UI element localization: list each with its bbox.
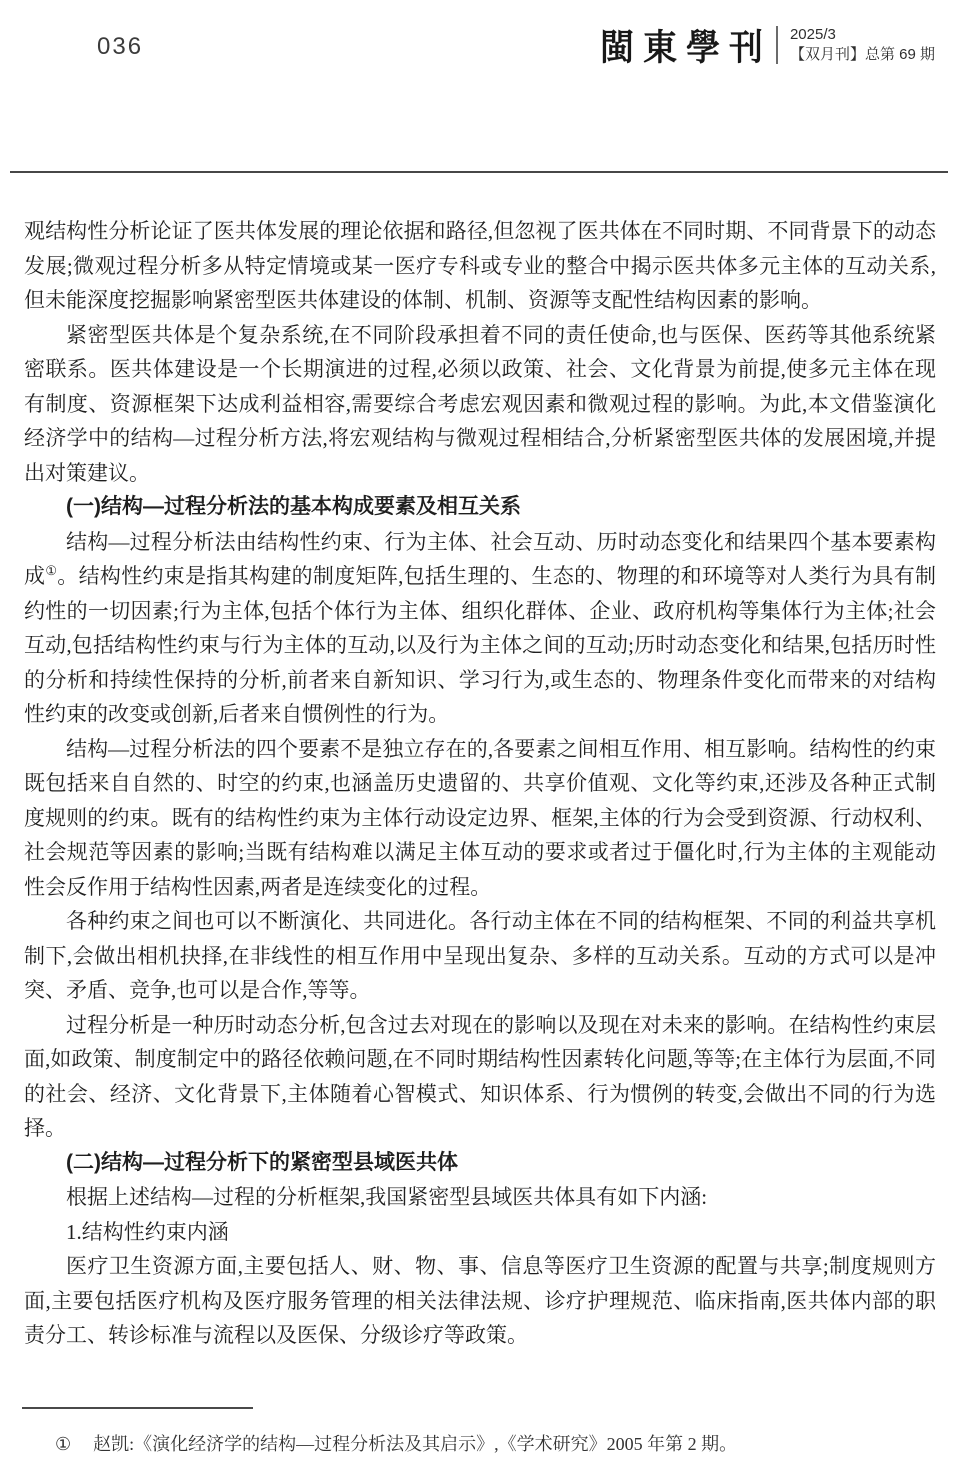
issue-number: 【双月刊】总第 69 期 xyxy=(790,45,935,65)
paragraph-text: 。结构性约束是指其构建的制度矩阵,包括生理的、生态的、物理的和环境等对人类行为具… xyxy=(24,564,936,726)
subsection-heading: 1.结构性约束内涵 xyxy=(24,1215,936,1250)
paragraph: 各种约束之间也可以不断演化、共同进化。各行动主体在不同的结构框架、不同的利益共享… xyxy=(24,904,936,1008)
paragraph: 医疗卫生资源方面,主要包括人、财、物、事、信息等医疗卫生资源的配置与共享;制度规… xyxy=(24,1249,936,1353)
section-heading-1: (一)结构—过程分析法的基本构成要素及相互关系 xyxy=(24,490,936,525)
paragraph: 紧密型医共体是个复杂系统,在不同阶段承担着不同的责任使命,也与医保、医药等其他系… xyxy=(24,318,936,491)
footnote-ref-marker: ① xyxy=(45,563,57,578)
footnote-text: 赵凯:《演化经济学的结构—过程分析法及其启示》,《学术研究》2005 年第 2 … xyxy=(93,1434,737,1454)
page-number: 036 xyxy=(97,33,143,61)
footnote-marker: ① xyxy=(55,1434,71,1454)
section-heading-2: (二)结构—过程分析下的紧密型县域医共体 xyxy=(24,1146,936,1181)
header-rule xyxy=(10,171,948,173)
masthead-divider xyxy=(776,26,778,64)
paragraph: 结构—过程分析法由结构性约束、行为主体、社会互动、历时动态变化和结果四个基本要素… xyxy=(24,525,936,732)
footnote-rule xyxy=(22,1407,253,1409)
paragraph: 根据上述结构—过程的分析框架,我国紧密型县域医共体具有如下内涵: xyxy=(24,1180,936,1215)
issue-volume: 2025/3 xyxy=(790,25,935,45)
paragraph: 结构—过程分析法的四个要素不是独立存在的,各要素之间相互作用、相互影响。结构性的… xyxy=(24,732,936,905)
paragraph: 观结构性分析论证了医共体发展的理论依据和路径,但忽视了医共体在不同时期、不同背景… xyxy=(24,214,936,318)
article-body: 观结构性分析论证了医共体发展的理论依据和路径,但忽视了医共体在不同时期、不同背景… xyxy=(24,214,936,1353)
issue-info: 2025/3 【双月刊】总第 69 期 xyxy=(790,25,935,65)
footnote: ①赵凯:《演化经济学的结构—过程分析法及其启示》,《学术研究》2005 年第 2… xyxy=(55,1431,935,1457)
journal-masthead: 閩東學刊 2025/3 【双月刊】总第 69 期 xyxy=(600,20,935,69)
journal-page: { "page": { "number": "036" }, "masthead… xyxy=(0,0,958,1476)
journal-logo: 閩東學刊 xyxy=(600,19,772,70)
paragraph: 过程分析是一种历时动态分析,包含过去对现在的影响以及现在对未来的影响。在结构性约… xyxy=(24,1008,936,1146)
